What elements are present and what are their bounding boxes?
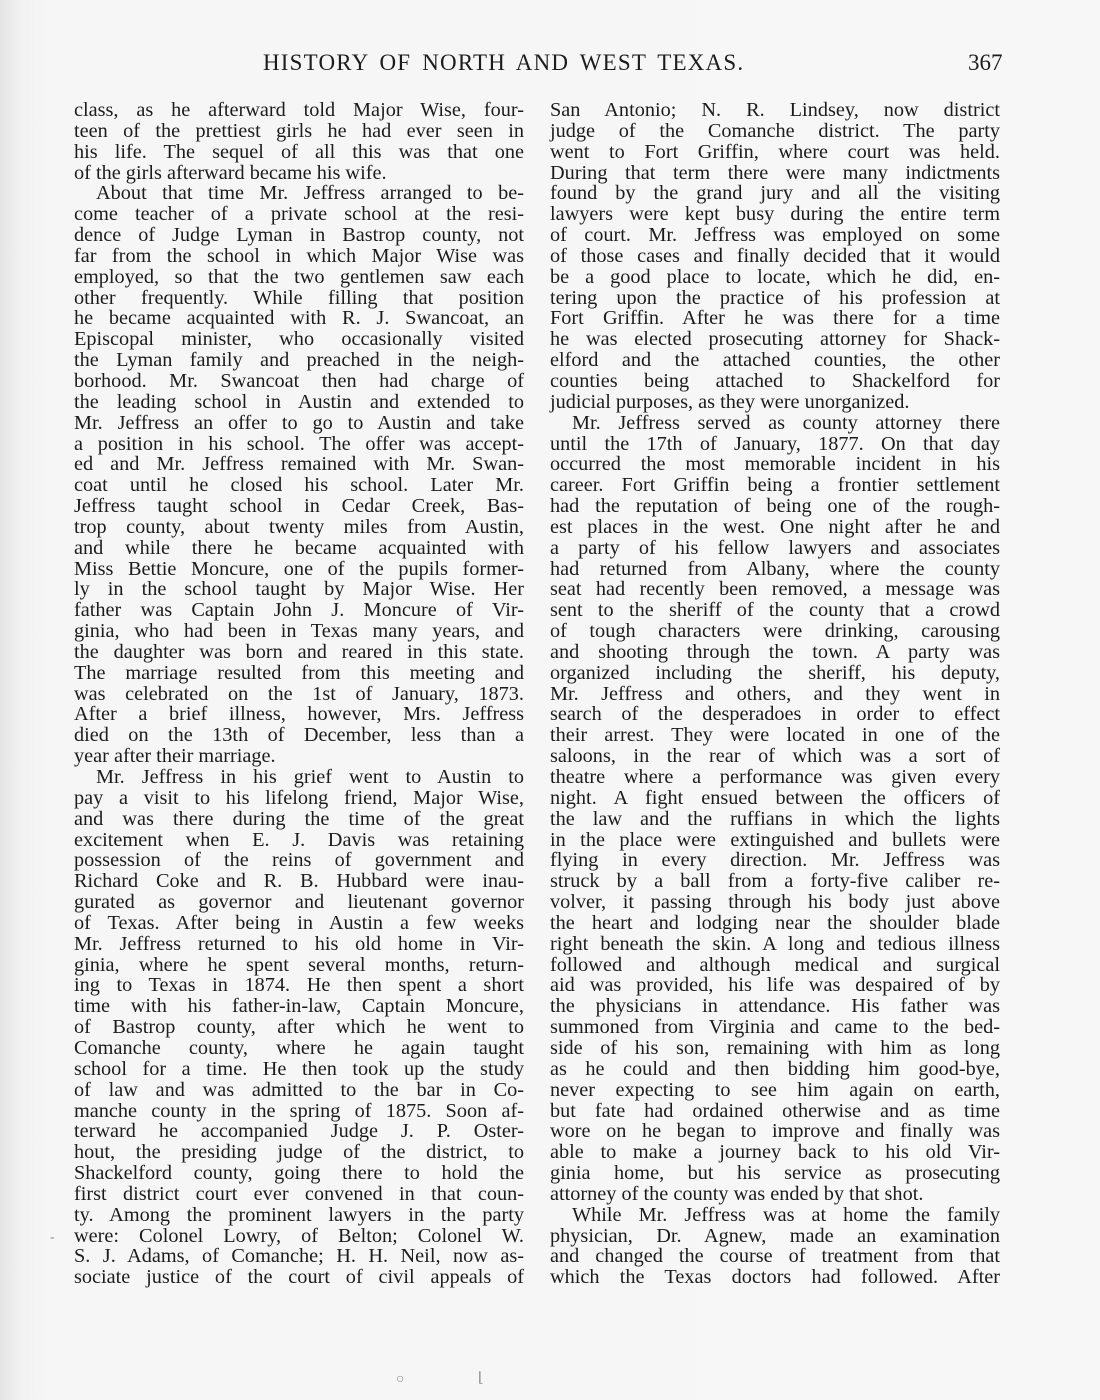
text-line: ly in the school taught by Major Wise. H… (74, 579, 524, 600)
text-line: pay a visit to his lifelong friend, Majo… (74, 788, 524, 809)
text-line: found by the grand jury and all the visi… (550, 183, 1000, 204)
text-line: employed, so that the two gentlemen saw … (74, 267, 524, 288)
text-line: The marriage resulted from this meeting … (74, 663, 524, 684)
text-line: During that term there were many indictm… (550, 163, 1000, 184)
text-line: judicial purposes, as they were unorgani… (550, 392, 1000, 413)
text-line: of court. Mr. Jeffress was employed on s… (550, 225, 1000, 246)
text-line: Mr. Jeffress served as county attorney t… (550, 413, 1000, 434)
text-line: saloons, in the rear of which was a sort… (550, 746, 1000, 767)
text-line: Jeffress taught school in Cedar Creek, B… (74, 496, 524, 517)
text-line: While Mr. Jeffress was at home the famil… (550, 1205, 1000, 1226)
text-line: judge of the Comanche district. The part… (550, 121, 1000, 142)
text-line: organized including the sheriff, his dep… (550, 663, 1000, 684)
text-line: and changed the course of treatment from… (550, 1246, 1000, 1267)
text-line: time with his father-in-law, Captain Mon… (74, 996, 524, 1017)
text-line: side of his son, remaining with him as l… (550, 1038, 1000, 1059)
text-line: seat had recently been removed, a messag… (550, 579, 1000, 600)
text-line: est places in the west. One night after … (550, 517, 1000, 538)
text-line: class, as he afterward told Major Wise, … (74, 100, 524, 121)
text-line: until the 17th of January, 1877. On that… (550, 434, 1000, 455)
text-line: excitement when E. J. Davis was retainin… (74, 830, 524, 851)
running-head: HISTORY OF NORTH AND WEST TEXAS. 367 (0, 50, 1100, 82)
text-line: ed and Mr. Jeffress remained with Mr. Sw… (74, 454, 524, 475)
text-line: he was elected prosecuting attorney for … (550, 329, 1000, 350)
text-line: far from the school in which Major Wise … (74, 246, 524, 267)
text-line: the leading school in Austin and extende… (74, 392, 524, 413)
paper-blemish: ○ (396, 1372, 404, 1388)
text-line: theatre where a performance was given ev… (550, 767, 1000, 788)
text-line: ginia, who had been in Texas many years,… (74, 621, 524, 642)
text-line: school for a time. He then took up the s… (74, 1059, 524, 1080)
text-line: sociate justice of the court of civil ap… (74, 1267, 524, 1288)
text-line: volver, it passing through his body just… (550, 892, 1000, 913)
text-line: trop county, about twenty miles from Aus… (74, 517, 524, 538)
running-title: HISTORY OF NORTH AND WEST TEXAS. (263, 50, 744, 76)
text-line: but fate had ordained otherwise and as t… (550, 1101, 1000, 1122)
text-line: father was Captain John J. Moncure of Vi… (74, 600, 524, 621)
text-line: terward he accompanied Judge J. P. Oster… (74, 1121, 524, 1142)
right-text-column: San Antonio; N. R. Lindsey, now district… (550, 100, 1000, 1288)
text-line: wore on he began to improve and finally … (550, 1121, 1000, 1142)
text-line: aid was provided, his life was despaired… (550, 975, 1000, 996)
text-line: night. A fight ensued between the office… (550, 788, 1000, 809)
text-line: manche county in the spring of 1875. Soo… (74, 1101, 524, 1122)
text-line: year after their marriage. (74, 746, 524, 767)
text-line: he became acquainted with R. J. Swancoat… (74, 308, 524, 329)
text-line: summoned from Virginia and came to the b… (550, 1017, 1000, 1038)
text-line: gurated as governor and lieutenant gover… (74, 892, 524, 913)
text-line: possession of the reins of government an… (74, 850, 524, 871)
text-line: of those cases and finally decided that … (550, 246, 1000, 267)
text-line: be a good place to locate, which he did,… (550, 267, 1000, 288)
text-line: teen of the prettiest girls he had ever … (74, 121, 524, 142)
text-line: were: Colonel Lowry, of Belton; Colonel … (74, 1226, 524, 1247)
text-line: right beneath the skin. A long and tedio… (550, 934, 1000, 955)
text-line: had the reputation of being one of the r… (550, 496, 1000, 517)
text-line: the daughter was born and reared in this… (74, 642, 524, 663)
text-line: Mr. Jeffress an offer to go to Austin an… (74, 413, 524, 434)
text-line: first district court ever convened in th… (74, 1184, 524, 1205)
text-line: career. Fort Griffin being a frontier se… (550, 475, 1000, 496)
text-line: and shooting through the town. A party w… (550, 642, 1000, 663)
text-line: the physicians in attendance. His father… (550, 996, 1000, 1017)
text-line: Mr. Jeffress and others, and they went i… (550, 684, 1000, 705)
text-line: which the Texas doctors had followed. Af… (550, 1267, 1000, 1288)
text-line: Miss Bettie Moncure, one of the pupils f… (74, 559, 524, 580)
text-line: dence of Judge Lyman in Bastrop county, … (74, 225, 524, 246)
text-line: as he could and then bidding him good-by… (550, 1059, 1000, 1080)
text-line: San Antonio; N. R. Lindsey, now district (550, 100, 1000, 121)
text-line: Mr. Jeffress returned to his old home in… (74, 934, 524, 955)
text-line: of Bastrop county, after which he went t… (74, 1017, 524, 1038)
text-line: come teacher of a private school at the … (74, 204, 524, 225)
text-line: of tough characters were drinking, carou… (550, 621, 1000, 642)
text-line: was celebrated on the 1st of January, 18… (74, 684, 524, 705)
text-line: the Lyman family and preached in the nei… (74, 350, 524, 371)
text-line: went to Fort Griffin, where court was he… (550, 142, 1000, 163)
text-line: and while there he became acquainted wit… (74, 538, 524, 559)
text-line: able to make a journey back to his old V… (550, 1142, 1000, 1163)
text-line: a party of his fellow lawyers and associ… (550, 538, 1000, 559)
text-line: of the girls afterward became his wife. (74, 163, 524, 184)
text-line: ing to Texas in 1874. He then spent a sh… (74, 975, 524, 996)
text-line: Comanche county, where he again taught (74, 1038, 524, 1059)
text-line: Richard Coke and R. B. Hubbard were inau… (74, 871, 524, 892)
text-line: ginia home, but his service as prosecuti… (550, 1163, 1000, 1184)
text-line: After a brief illness, however, Mrs. Jef… (74, 704, 524, 725)
text-line: never expecting to see him again on eart… (550, 1080, 1000, 1101)
text-line: search of the desperadoes in order to ef… (550, 704, 1000, 725)
text-line: occurred the most memorable incident in … (550, 454, 1000, 475)
text-line: flying in every direction. Mr. Jeffress … (550, 850, 1000, 871)
text-line: attorney of the county was ended by that… (550, 1184, 1000, 1205)
text-line: had returned from Albany, where the coun… (550, 559, 1000, 580)
text-line: in the place were extinguished and bulle… (550, 830, 1000, 851)
text-line: physician, Dr. Agnew, made an examinatio… (550, 1226, 1000, 1247)
text-line: sent to the sheriff of the county that a… (550, 600, 1000, 621)
text-line: and was there during the time of the gre… (74, 809, 524, 830)
text-line: died on the 13th of December, less than … (74, 725, 524, 746)
text-line: their arrest. They were located in one o… (550, 725, 1000, 746)
text-line: the law and the ruffians in which the li… (550, 809, 1000, 830)
text-line: struck by a ball from a forty-five calib… (550, 871, 1000, 892)
page-number: 367 (968, 50, 1003, 76)
text-line: his life. The sequel of all this was tha… (74, 142, 524, 163)
text-line: Episcopal minister, who occasionally vis… (74, 329, 524, 350)
text-line: ty. Among the prominent lawyers in the p… (74, 1205, 524, 1226)
text-line: lawyers were kept busy during the entire… (550, 204, 1000, 225)
text-line: tering upon the practice of his professi… (550, 288, 1000, 309)
margin-mark: ‐ (50, 1230, 55, 1246)
paper-blemish: ⌊ (478, 1370, 483, 1387)
text-line: ginia, where he spent several months, re… (74, 955, 524, 976)
text-line: borhood. Mr. Swancoat then had charge of (74, 371, 524, 392)
text-line: coat until he closed his school. Later M… (74, 475, 524, 496)
text-line: hout, the presiding judge of the distric… (74, 1142, 524, 1163)
left-text-column: class, as he afterward told Major Wise, … (74, 100, 524, 1288)
text-line: of Texas. After being in Austin a few we… (74, 913, 524, 934)
text-line: of law and was admitted to the bar in Co… (74, 1080, 524, 1101)
text-line: a position in his school. The offer was … (74, 434, 524, 455)
text-line: About that time Mr. Jeffress arranged to… (74, 183, 524, 204)
text-line: counties being attached to Shackelford f… (550, 371, 1000, 392)
text-line: elford and the attached counties, the ot… (550, 350, 1000, 371)
text-line: S. J. Adams, of Comanche; H. H. Neil, no… (74, 1246, 524, 1267)
text-line: Mr. Jeffress in his grief went to Austin… (74, 767, 524, 788)
text-line: the heart and lodging near the shoulder … (550, 913, 1000, 934)
text-line: Fort Griffin. After he was there for a t… (550, 308, 1000, 329)
text-line: other frequently. While filling that pos… (74, 288, 524, 309)
text-line: followed and although medical and surgic… (550, 955, 1000, 976)
text-line: Shackelford county, going there to hold … (74, 1163, 524, 1184)
